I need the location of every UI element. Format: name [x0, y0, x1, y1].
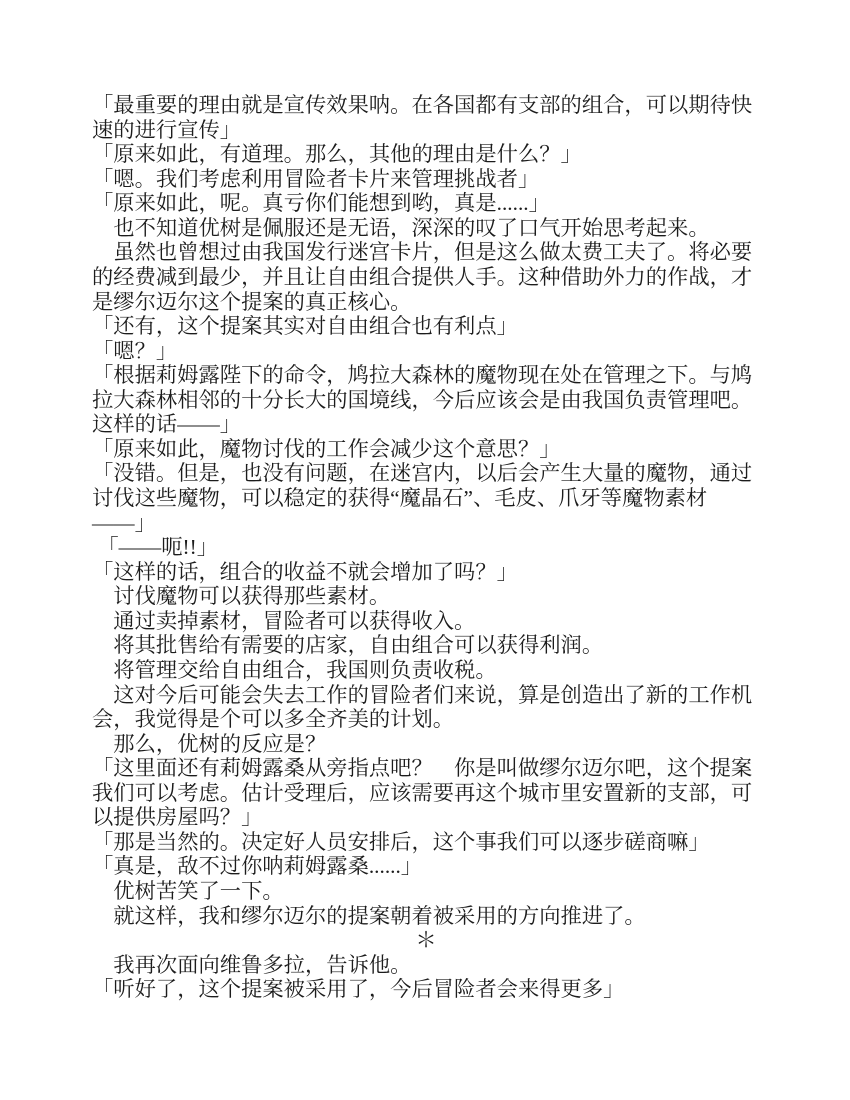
text-line: 速的进行宣传」 — [92, 118, 760, 143]
text-line: 虽然也曾想过由我国发行迷宫卡片，但是这么做太费工夫了。将必要 — [92, 240, 760, 265]
text-line: 「根据莉姆露陛下的命令，鸠拉大森林的魔物现在处在管理之下。与鸠 — [92, 363, 760, 388]
text-line: 拉大森林相邻的十分长大的国境线，今后应该会是由我国负责管理吧。 — [92, 388, 760, 413]
text-line: 这样的话——」 — [92, 412, 760, 437]
text-line: 「没错。但是，也没有问题，在迷宫内，以后会产生大量的魔物，通过 — [92, 461, 760, 486]
novel-text: 「最重要的理由就是宣传效果呐。在各国都有支部的组合，可以期待快速的进行宣传」「原… — [92, 93, 760, 1002]
novel-page: 「最重要的理由就是宣传效果呐。在各国都有支部的组合，可以期待快速的进行宣传」「原… — [0, 0, 850, 1100]
text-line: 「原来如此，呢。真亏你们能想到哟，真是......」 — [92, 191, 760, 216]
text-line: 「真是，敌不过你呐莉姆露桑......」 — [92, 854, 760, 879]
text-line: 就这样，我和缪尔迈尔的提案朝着被采用的方向推进了。 — [92, 904, 760, 929]
section-separator: ＊ — [92, 928, 760, 953]
text-line: 「原来如此，魔物讨伐的工作会减少这个意思？」 — [92, 437, 760, 462]
text-line: 「嗯。我们考虑利用冒险者卡片来管理挑战者」 — [92, 167, 760, 192]
text-line: 将其批售给有需要的店家，自由组合可以获得利润。 — [92, 633, 760, 658]
text-line: 是缪尔迈尔这个提案的真正核心。 — [92, 290, 760, 315]
text-line: 我们可以考虑。估计受理后，应该需要再这个城市里安置新的支部，可 — [92, 781, 760, 806]
text-line: 这对今后可能会失去工作的冒险者们来说，算是创造出了新的工作机 — [92, 683, 760, 708]
text-line: 优树苦笑了一下。 — [92, 879, 760, 904]
text-line: 那么，优树的反应是？ — [92, 732, 760, 757]
text-line: ——」 — [92, 511, 760, 536]
text-line: 将管理交给自由组合，我国则负责收税。 — [92, 658, 760, 683]
text-line: 以提供房屋吗？」 — [92, 805, 760, 830]
text-line: 也不知道优树是佩服还是无语，深深的叹了口气开始思考起来。 — [92, 216, 760, 241]
text-line: 「这样的话，组合的收益不就会增加了吗？」 — [92, 560, 760, 585]
text-line: 「嗯？」 — [92, 339, 760, 364]
text-line: 「那是当然的。决定好人员安排后，这个事我们可以逐步磋商嘛」 — [92, 830, 760, 855]
text-line: 「还有，这个提案其实对自由组合也有利点」 — [92, 314, 760, 339]
text-line: 「——呃!!」 — [92, 535, 760, 560]
text-line: 讨伐这些魔物，可以稳定的获得“魔晶石”、毛皮、爪牙等魔物素材 — [92, 486, 760, 511]
text-line: 的经费减到最少，并且让自由组合提供人手。这种借助外力的作战，才 — [92, 265, 760, 290]
text-line: 「这里面还有莉姆露桑从旁指点吧？ 你是叫做缪尔迈尔吧，这个提案 — [92, 756, 760, 781]
text-line: 「原来如此，有道理。那么，其他的理由是什么？」 — [92, 142, 760, 167]
text-line: 我再次面向维鲁多拉，告诉他。 — [92, 953, 760, 978]
text-line: 「最重要的理由就是宣传效果呐。在各国都有支部的组合，可以期待快 — [92, 93, 760, 118]
text-line: 通过卖掉素材，冒险者可以获得收入。 — [92, 609, 760, 634]
text-line: 「听好了，这个提案被采用了，今后冒险者会来得更多」 — [92, 977, 760, 1002]
text-line: 会，我觉得是个可以多全齐美的计划。 — [92, 707, 760, 732]
text-line: 讨伐魔物可以获得那些素材。 — [92, 584, 760, 609]
